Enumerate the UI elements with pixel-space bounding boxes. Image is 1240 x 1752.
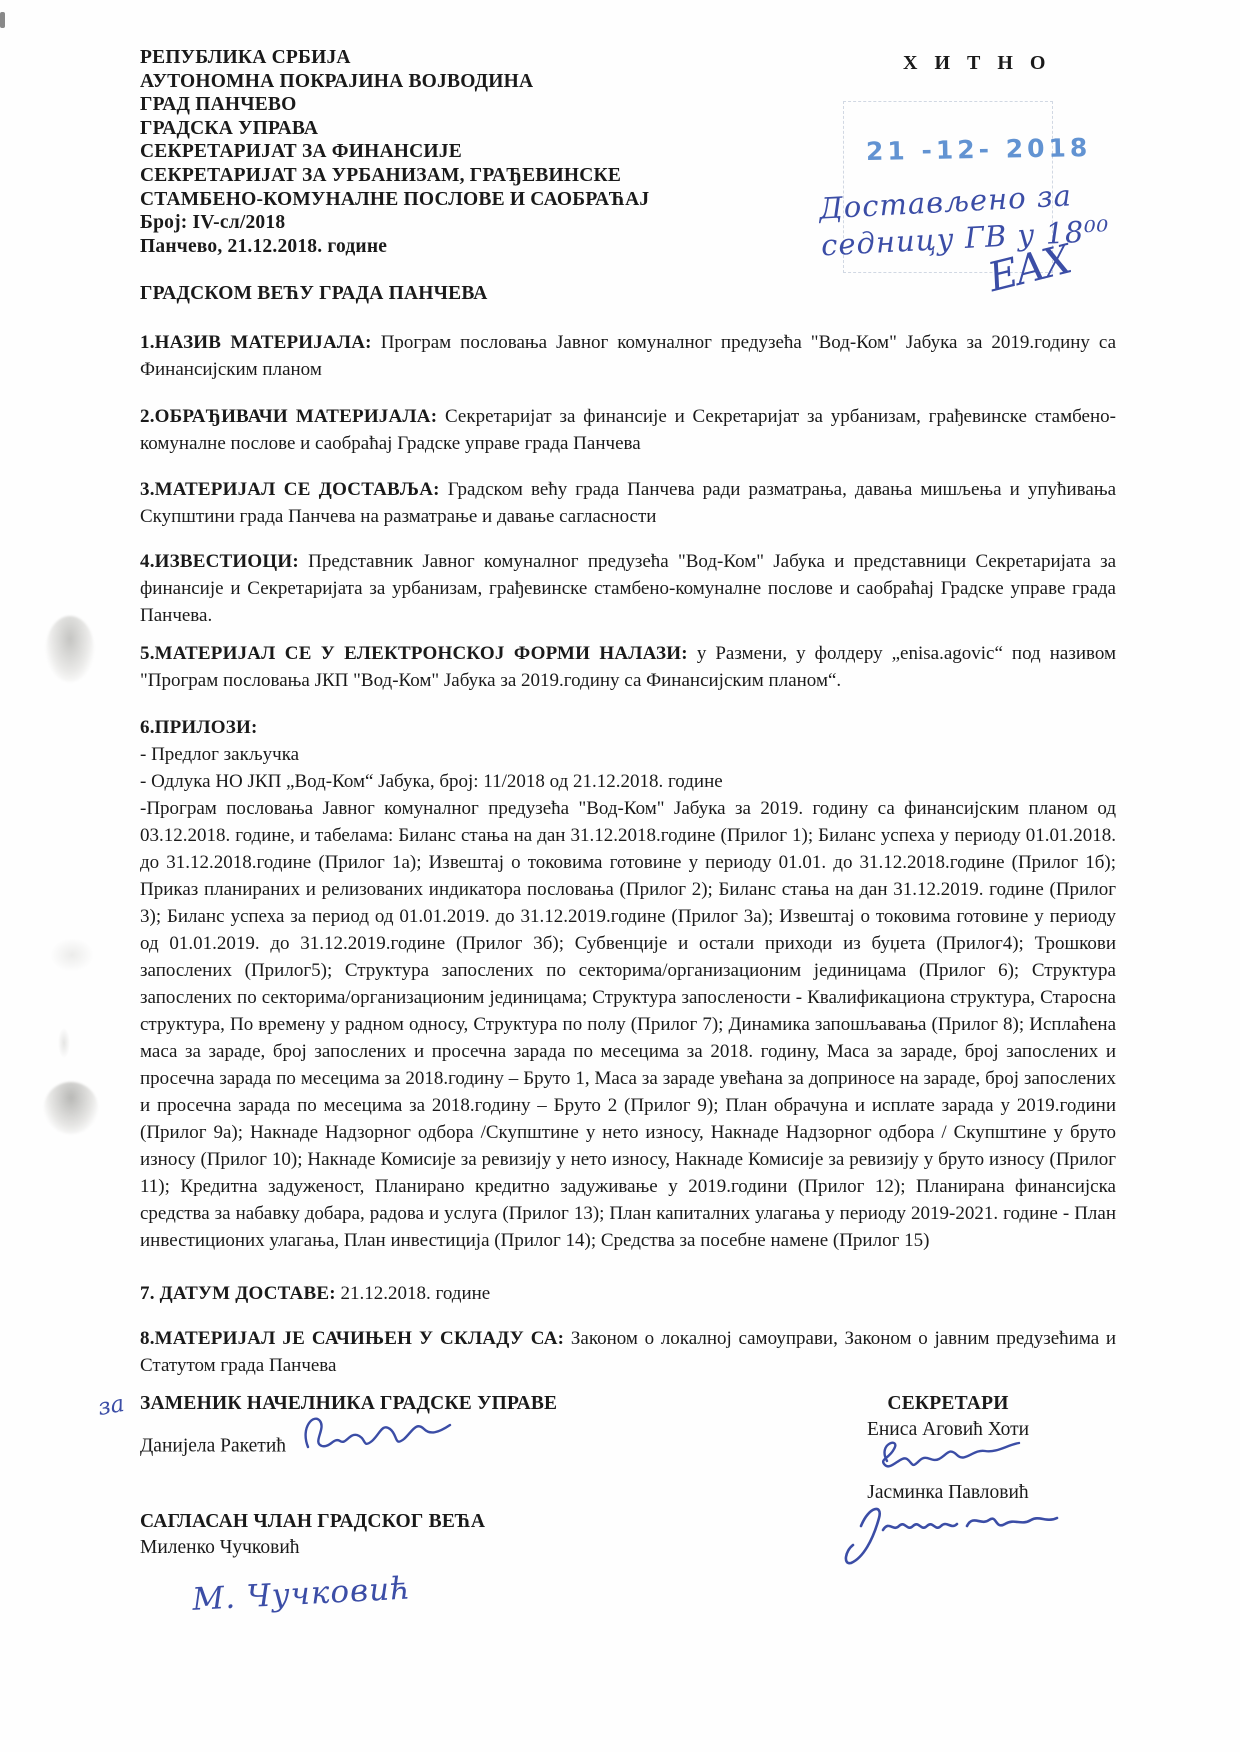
- lower-body: 6.ПРИЛОЗИ: - Предлог закључка - Одлука Н…: [140, 714, 1116, 1603]
- signature-block-left: за ЗАМЕНИК НАЧЕЛНИКА ГРАДСКЕ УПРАВЕ Дани…: [140, 1391, 760, 1603]
- signature-jasminka-pavlovic: [780, 1496, 1116, 1573]
- section-4-label: 4.ИЗВЕСТИОЦИ:: [140, 551, 299, 572]
- section-2: 2.ОБРАЂИВАЧИ МАТЕРИЈАЛА: Секретаријат за…: [140, 403, 1116, 457]
- attachment-item-3: -Програм пословања Јавног комуналног пре…: [140, 795, 1116, 1254]
- handwritten-za: за: [96, 1391, 126, 1421]
- section-3-label: 3.МАТЕРИЈАЛ СЕ ДОСТАВЉА:: [140, 479, 440, 500]
- scan-smudge: [44, 1082, 98, 1134]
- section-6-label: 6.ПРИЛОЗИ:: [140, 714, 1116, 741]
- attachment-item-1: - Предлог закључка: [140, 741, 1116, 768]
- secretaries-title: СЕКРЕТАРИ: [780, 1391, 1116, 1417]
- document-number: Број: IV-сл/2018: [140, 211, 840, 235]
- scanned-document-page: РЕПУБЛИКА СРБИЈА АУТОНОМНА ПОКРАЈИНА ВОЈ…: [0, 0, 1240, 1752]
- letterhead-line: РЕПУБЛИКА СРБИЈА: [140, 46, 840, 70]
- urgent-label: Х И Т Н О: [903, 52, 1051, 75]
- section-7-label: 7. ДАТУМ ДОСТАВЕ:: [140, 1283, 336, 1304]
- section-7: 7. ДАТУМ ДОСТАВЕ: 21.12.2018. године: [140, 1280, 1116, 1307]
- section-3: 3.МАТЕРИЈАЛ СЕ ДОСТАВЉА: Градском већу г…: [140, 476, 1116, 530]
- signature-milenko-cuckovic: М. Чучковић: [191, 1552, 760, 1618]
- letterhead-line: ГРАД ПАНЧЕВО: [140, 93, 840, 117]
- place-and-date: Панчево, 21.12.2018. године: [140, 235, 840, 259]
- section-1: 1.НАЗИВ МАТЕРИЈАЛА: Програм пословања Ја…: [140, 329, 1116, 383]
- attachment-item-2: - Одлука НО ЈКП „Вод-Ком“ Јабука, број: …: [140, 768, 1116, 795]
- letterhead-line: ГРАДСКА УПРАВА: [140, 117, 840, 141]
- letterhead-line: СТАМБЕНО-КОМУНАЛНЕ ПОСЛОВЕ И САОБРАЋАЈ: [140, 188, 840, 212]
- signature-block-right: СЕКРЕТАРИ Ениса Аговић Хоти Јасминка Пав…: [780, 1391, 1116, 1603]
- council-member-title: САГЛАСАН ЧЛАН ГРАДСКОГ ВЕЋА: [140, 1509, 760, 1535]
- section-8-label: 8.МАТЕРИЈАЛ ЈЕ САЧИЊЕН У СКЛАДУ СА:: [140, 1328, 564, 1349]
- section-7-text: 21.12.2018. године: [341, 1283, 491, 1304]
- section-1-label: 1.НАЗИВ МАТЕРИЈАЛА:: [140, 332, 372, 353]
- deputy-chief-name: Данијела Ракетић: [140, 1417, 760, 1477]
- deputy-chief-name-text: Данијела Ракетић: [140, 1435, 286, 1456]
- signature-enisa-agovic: [780, 1433, 1116, 1480]
- letterhead-line: СЕКРЕТАРИЈАТ ЗА ФИНАНСИЈЕ: [140, 140, 840, 164]
- letterhead: РЕПУБЛИКА СРБИЈА АУТОНОМНА ПОКРАЈИНА ВОЈ…: [140, 46, 840, 258]
- scan-smudge: [50, 938, 94, 972]
- signature-area: за ЗАМЕНИК НАЧЕЛНИКА ГРАДСКЕ УПРАВЕ Дани…: [140, 1391, 1116, 1603]
- stamp-date: 21 -12- 2018: [866, 133, 1092, 166]
- section-4: 4.ИЗВЕСТИОЦИ: Представник Јавног комунал…: [140, 548, 1116, 629]
- recipient-line: ГРАДСКОМ ВЕЋУ ГРАДА ПАНЧЕВА: [140, 283, 1116, 305]
- scan-smudge: [46, 616, 94, 682]
- letterhead-line: АУТОНОМНА ПОКРАЈИНА ВОЈВОДИНА: [140, 70, 840, 94]
- scan-edge-mark: [0, 12, 5, 28]
- letterhead-line: СЕКРЕТАРИЈАТ ЗА УРБАНИЗАМ, ГРАЂЕВИНСКЕ: [140, 164, 840, 188]
- section-8: 8.МАТЕРИЈАЛ ЈЕ САЧИЊЕН У СКЛАДУ СА: Зако…: [140, 1325, 1116, 1379]
- section-5-label: 5.МАТЕРИЈАЛ СЕ У ЕЛЕКТРОНСКОЈ ФОРМИ НАЛА…: [140, 643, 688, 664]
- signature-danijela-raketic: [296, 1407, 456, 1467]
- section-2-label: 2.ОБРАЂИВАЧИ МАТЕРИЈАЛА:: [140, 406, 437, 427]
- section-5: 5.МАТЕРИЈАЛ СЕ У ЕЛЕКТРОНСКОЈ ФОРМИ НАЛА…: [140, 640, 1116, 694]
- scan-smudge: [58, 1028, 70, 1058]
